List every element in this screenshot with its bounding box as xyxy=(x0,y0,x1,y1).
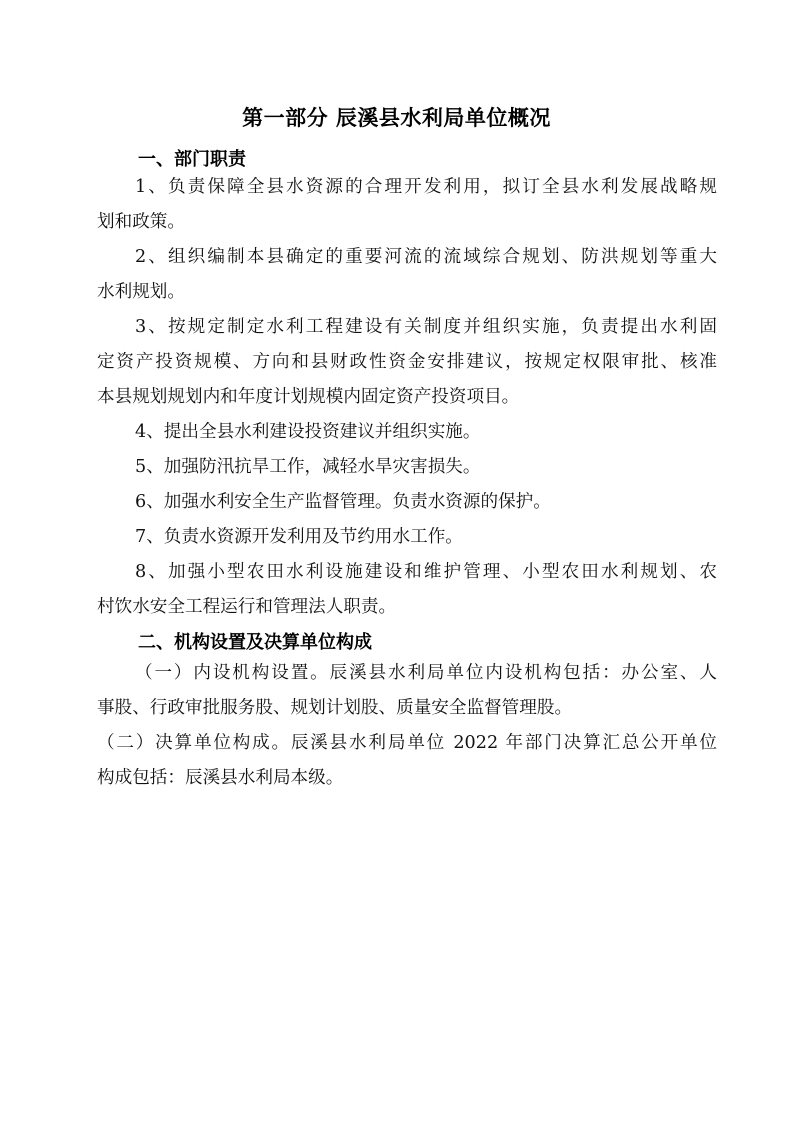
paragraph-duty-3: 3、按规定制定水利工程建设有关制度并组织实施，负责提出水利固 定资产投资规模、方… xyxy=(97,310,717,415)
text-line: 构成包括：辰溪县水利局本级。 xyxy=(97,761,717,796)
text-line: 4、提出全县水利建设投资建议并组织实施。 xyxy=(97,415,717,450)
text-line: 3、按规定制定水利工程建设有关制度并组织实施，负责提出水利固 xyxy=(97,310,717,345)
paragraph-duty-1: 1、负责保障全县水资源的合理开发利用，拟订全县水利发展战略规 划和政策。 xyxy=(97,170,717,240)
paragraph-duty-4: 4、提出全县水利建设投资建议并组织实施。 xyxy=(97,415,717,450)
text-line: 事股、行政审批服务股、规划计划股、质量安全监督管理股。 xyxy=(97,691,717,726)
text-line: 6、加强水利安全生产监督管理。负责水资源的保护。 xyxy=(97,485,717,520)
page-title: 第一部分 辰溪县水利局单位概况 xyxy=(0,102,793,132)
text-line: 划和政策。 xyxy=(97,205,717,240)
text-line: 5、加强防汛抗旱工作，减轻水旱灾害损失。 xyxy=(97,450,717,485)
text-line: （二）决算单位构成。辰溪县水利局单位 2022 年部门决算汇总公开单位 xyxy=(97,726,717,761)
text-line: 1、负责保障全县水资源的合理开发利用，拟订全县水利发展战略规 xyxy=(97,170,717,205)
paragraph-duty-6: 6、加强水利安全生产监督管理。负责水资源的保护。 xyxy=(97,485,717,520)
text-line: 水利规划。 xyxy=(97,275,717,310)
document-page: 第一部分 辰溪县水利局单位概况 一、部门职责 1、负责保障全县水资源的合理开发利… xyxy=(0,0,793,1122)
section-heading-duties: 一、部门职责 xyxy=(138,145,246,171)
text-line: 定资产投资规模、方向和县财政性资金安排建议，按规定权限审批、核准 xyxy=(97,345,717,380)
paragraph-duty-7: 7、负责水资源开发利用及节约用水工作。 xyxy=(97,520,717,555)
section-heading-structure: 二、机构设置及决算单位构成 xyxy=(138,628,372,654)
text-line: 村饮水安全工程运行和管理法人职责。 xyxy=(97,590,717,625)
text-line: 8、加强小型农田水利设施建设和维护管理、小型农田水利规划、农 xyxy=(97,555,717,590)
paragraph-duty-5: 5、加强防汛抗旱工作，减轻水旱灾害损失。 xyxy=(97,450,717,485)
paragraph-duty-2: 2、组织编制本县确定的重要河流的流域综合规划、防洪规划等重大 水利规划。 xyxy=(97,240,717,310)
text-line: 本县规划规划内和年度计划规模内固定资产投资项目。 xyxy=(97,380,717,415)
text-line: （一）内设机构设置。辰溪县水利局单位内设机构包括：办公室、人 xyxy=(97,656,717,691)
text-line: 7、负责水资源开发利用及节约用水工作。 xyxy=(97,520,717,555)
paragraph-accounting-units: （二）决算单位构成。辰溪县水利局单位 2022 年部门决算汇总公开单位 构成包括… xyxy=(97,726,717,796)
paragraph-internal-structure: （一）内设机构设置。辰溪县水利局单位内设机构包括：办公室、人 事股、行政审批服务… xyxy=(97,656,717,726)
text-line: 2、组织编制本县确定的重要河流的流域综合规划、防洪规划等重大 xyxy=(97,240,717,275)
paragraph-duty-8: 8、加强小型农田水利设施建设和维护管理、小型农田水利规划、农 村饮水安全工程运行… xyxy=(97,555,717,625)
